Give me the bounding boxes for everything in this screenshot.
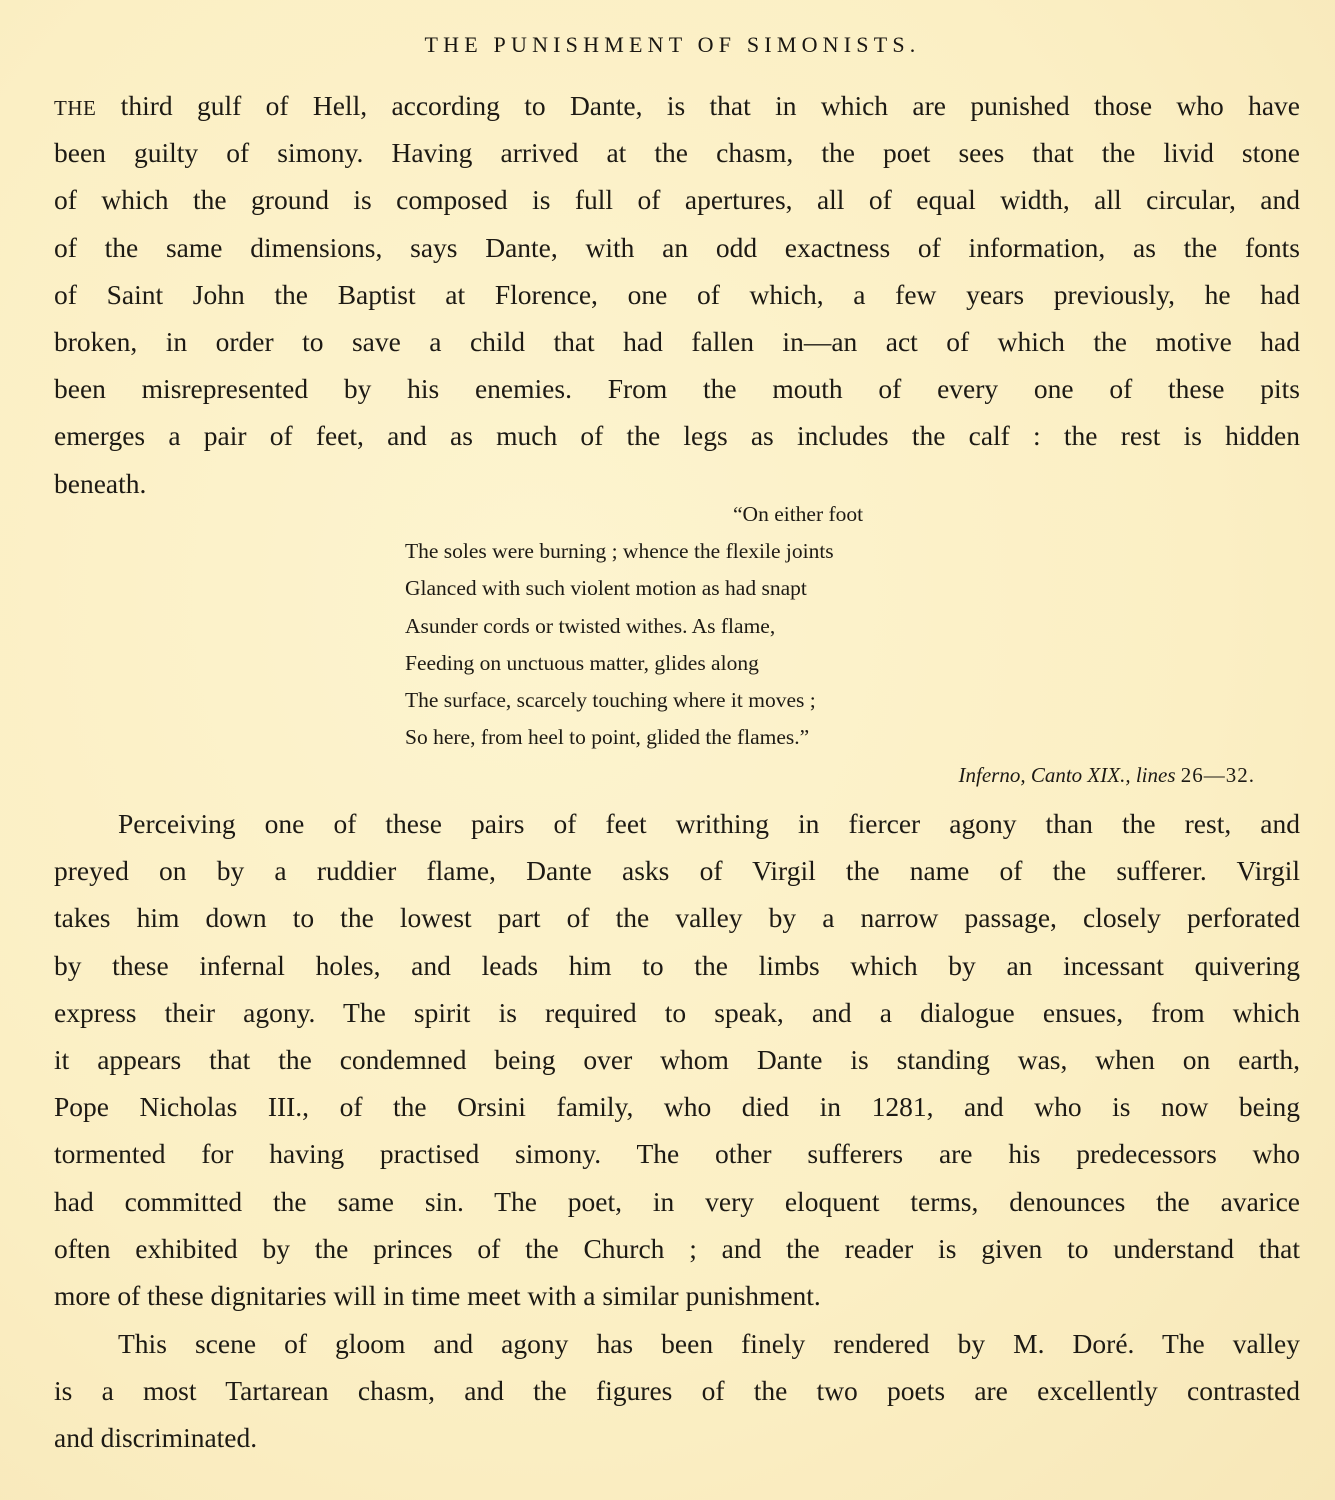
text-line: often exhibited by the princes of the Ch… [54, 1225, 1300, 1272]
verse-line: The surface, scarcely touching where it … [405, 682, 1255, 719]
verse-line: Asunder cords or twisted withes. As flam… [405, 608, 1255, 645]
small-caps-opening: The [54, 96, 96, 120]
citation: Inferno, Canto XIX., lines 26—32. [405, 756, 1255, 794]
text-line: been misrepresented by his enemies. From… [54, 365, 1300, 412]
text-line: and discriminated. [54, 1414, 1300, 1461]
text-line: it appears that the condemned being over… [54, 1036, 1300, 1083]
paragraph-nicholas: Perceiving one of these pairs of feet wr… [54, 800, 1300, 1319]
text-line: Pope Nicholas III., of the Orsini family… [54, 1083, 1300, 1130]
citation-lines-label: lines [1136, 763, 1176, 787]
text-line: is a most Tartarean chasm, and the figur… [54, 1367, 1300, 1414]
text-line: tormented for having practised simony. T… [54, 1130, 1300, 1177]
citation-canto: Canto XIX., [1031, 763, 1131, 787]
paragraph-dore: This scene of gloom and agony has been f… [54, 1320, 1300, 1462]
verse-line: Glanced with such violent motion as had … [405, 570, 1255, 607]
verse-line: “On either foot [405, 496, 1255, 533]
text-line: of Saint John the Baptist at Florence, o… [54, 271, 1300, 318]
text-line: broken, in order to save a child that ha… [54, 318, 1300, 365]
verse-line: The soles were burning ; whence the flex… [405, 533, 1255, 570]
text-line: The third gulf of Hell, according to Dan… [54, 82, 1300, 129]
verse-line: Feeding on unctuous matter, glides along [405, 645, 1255, 682]
text-line: Perceiving one of these pairs of feet wr… [54, 800, 1300, 847]
text-line: takes him down to the lowest part of the… [54, 894, 1300, 941]
text-line: been guilty of simony. Having arrived at… [54, 129, 1300, 176]
text-line: preyed on by a ruddier flame, Dante asks… [54, 847, 1300, 894]
text-line: of which the ground is composed is full … [54, 176, 1300, 223]
verse-line: So here, from heel to point, glided the … [405, 719, 1255, 756]
text-line: This scene of gloom and agony has been f… [54, 1320, 1300, 1367]
text-line: express their agony. The spirit is requi… [54, 989, 1300, 1036]
text-line: emerges a pair of feet, and as much of t… [54, 412, 1300, 459]
verse-quotation: “On either foot The soles were burning ;… [405, 496, 1255, 794]
citation-lines-range: 26—32. [1181, 763, 1255, 787]
citation-work: Inferno [959, 763, 1021, 787]
text-line: more of these dignitaries will in time m… [54, 1272, 1300, 1319]
text-line: of the same dimensions, says Dante, with… [54, 224, 1300, 271]
text-line: by these infernal holes, and leads him t… [54, 942, 1300, 989]
page-title: THE PUNISHMENT OF SIMONISTS. [0, 32, 1335, 58]
text-line: had committed the same sin. The poet, in… [54, 1178, 1300, 1225]
paragraph-intro: The third gulf of Hell, according to Dan… [54, 82, 1300, 507]
